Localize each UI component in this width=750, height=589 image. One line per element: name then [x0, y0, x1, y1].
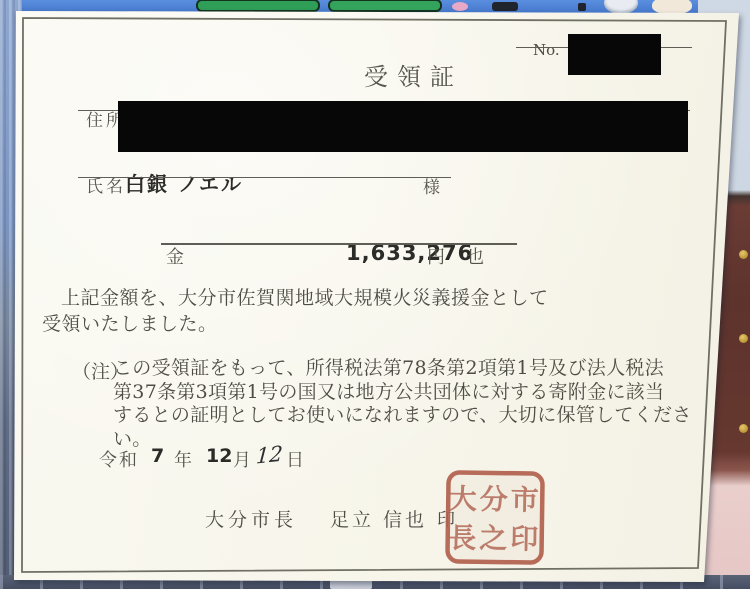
amount-suffix: 也: [466, 243, 484, 269]
official-seal-stamp: 大分市 長之印: [440, 467, 549, 568]
date-day-handwritten: 12: [255, 441, 283, 468]
document-title: 受領証: [364, 57, 463, 92]
body-paragraph: 上記金額を、大分市佐賀関地域大規模火災義援金として 受領いたしました。: [42, 285, 612, 337]
date-year: 7: [151, 445, 164, 467]
amount-underline: [161, 243, 517, 245]
issuer-name: 足立 信也: [330, 505, 427, 532]
date-month-label: 月: [233, 446, 251, 472]
note-paragraph: この受領証をもって、所得税法第78条第2項第1号及び法人税法 第37条第3項第1…: [113, 357, 703, 451]
seal-text-bottom: 長之印: [448, 521, 541, 555]
no-label: No.: [533, 41, 560, 59]
issuer-title: 大分市長: [205, 505, 297, 532]
date-era: 令和: [99, 446, 139, 472]
date-year-label: 年: [174, 446, 192, 472]
amount-unit: 円: [427, 243, 445, 269]
no-redaction-box: [568, 34, 661, 75]
receipt-document: No. 受領証 住所 氏名 白銀 ノエル 様 金 1,633,276 円 也 上…: [0, 0, 750, 589]
seal-text-top: 大分市: [449, 482, 542, 516]
address-redaction-box: [118, 101, 688, 152]
name-label: 氏名: [86, 172, 126, 197]
name-underline: [78, 177, 451, 178]
date-month: 12: [206, 445, 232, 467]
date-day-label: 日: [286, 446, 304, 472]
name-value: 白銀 ノエル: [125, 168, 243, 197]
amount-label: 金: [166, 243, 184, 269]
